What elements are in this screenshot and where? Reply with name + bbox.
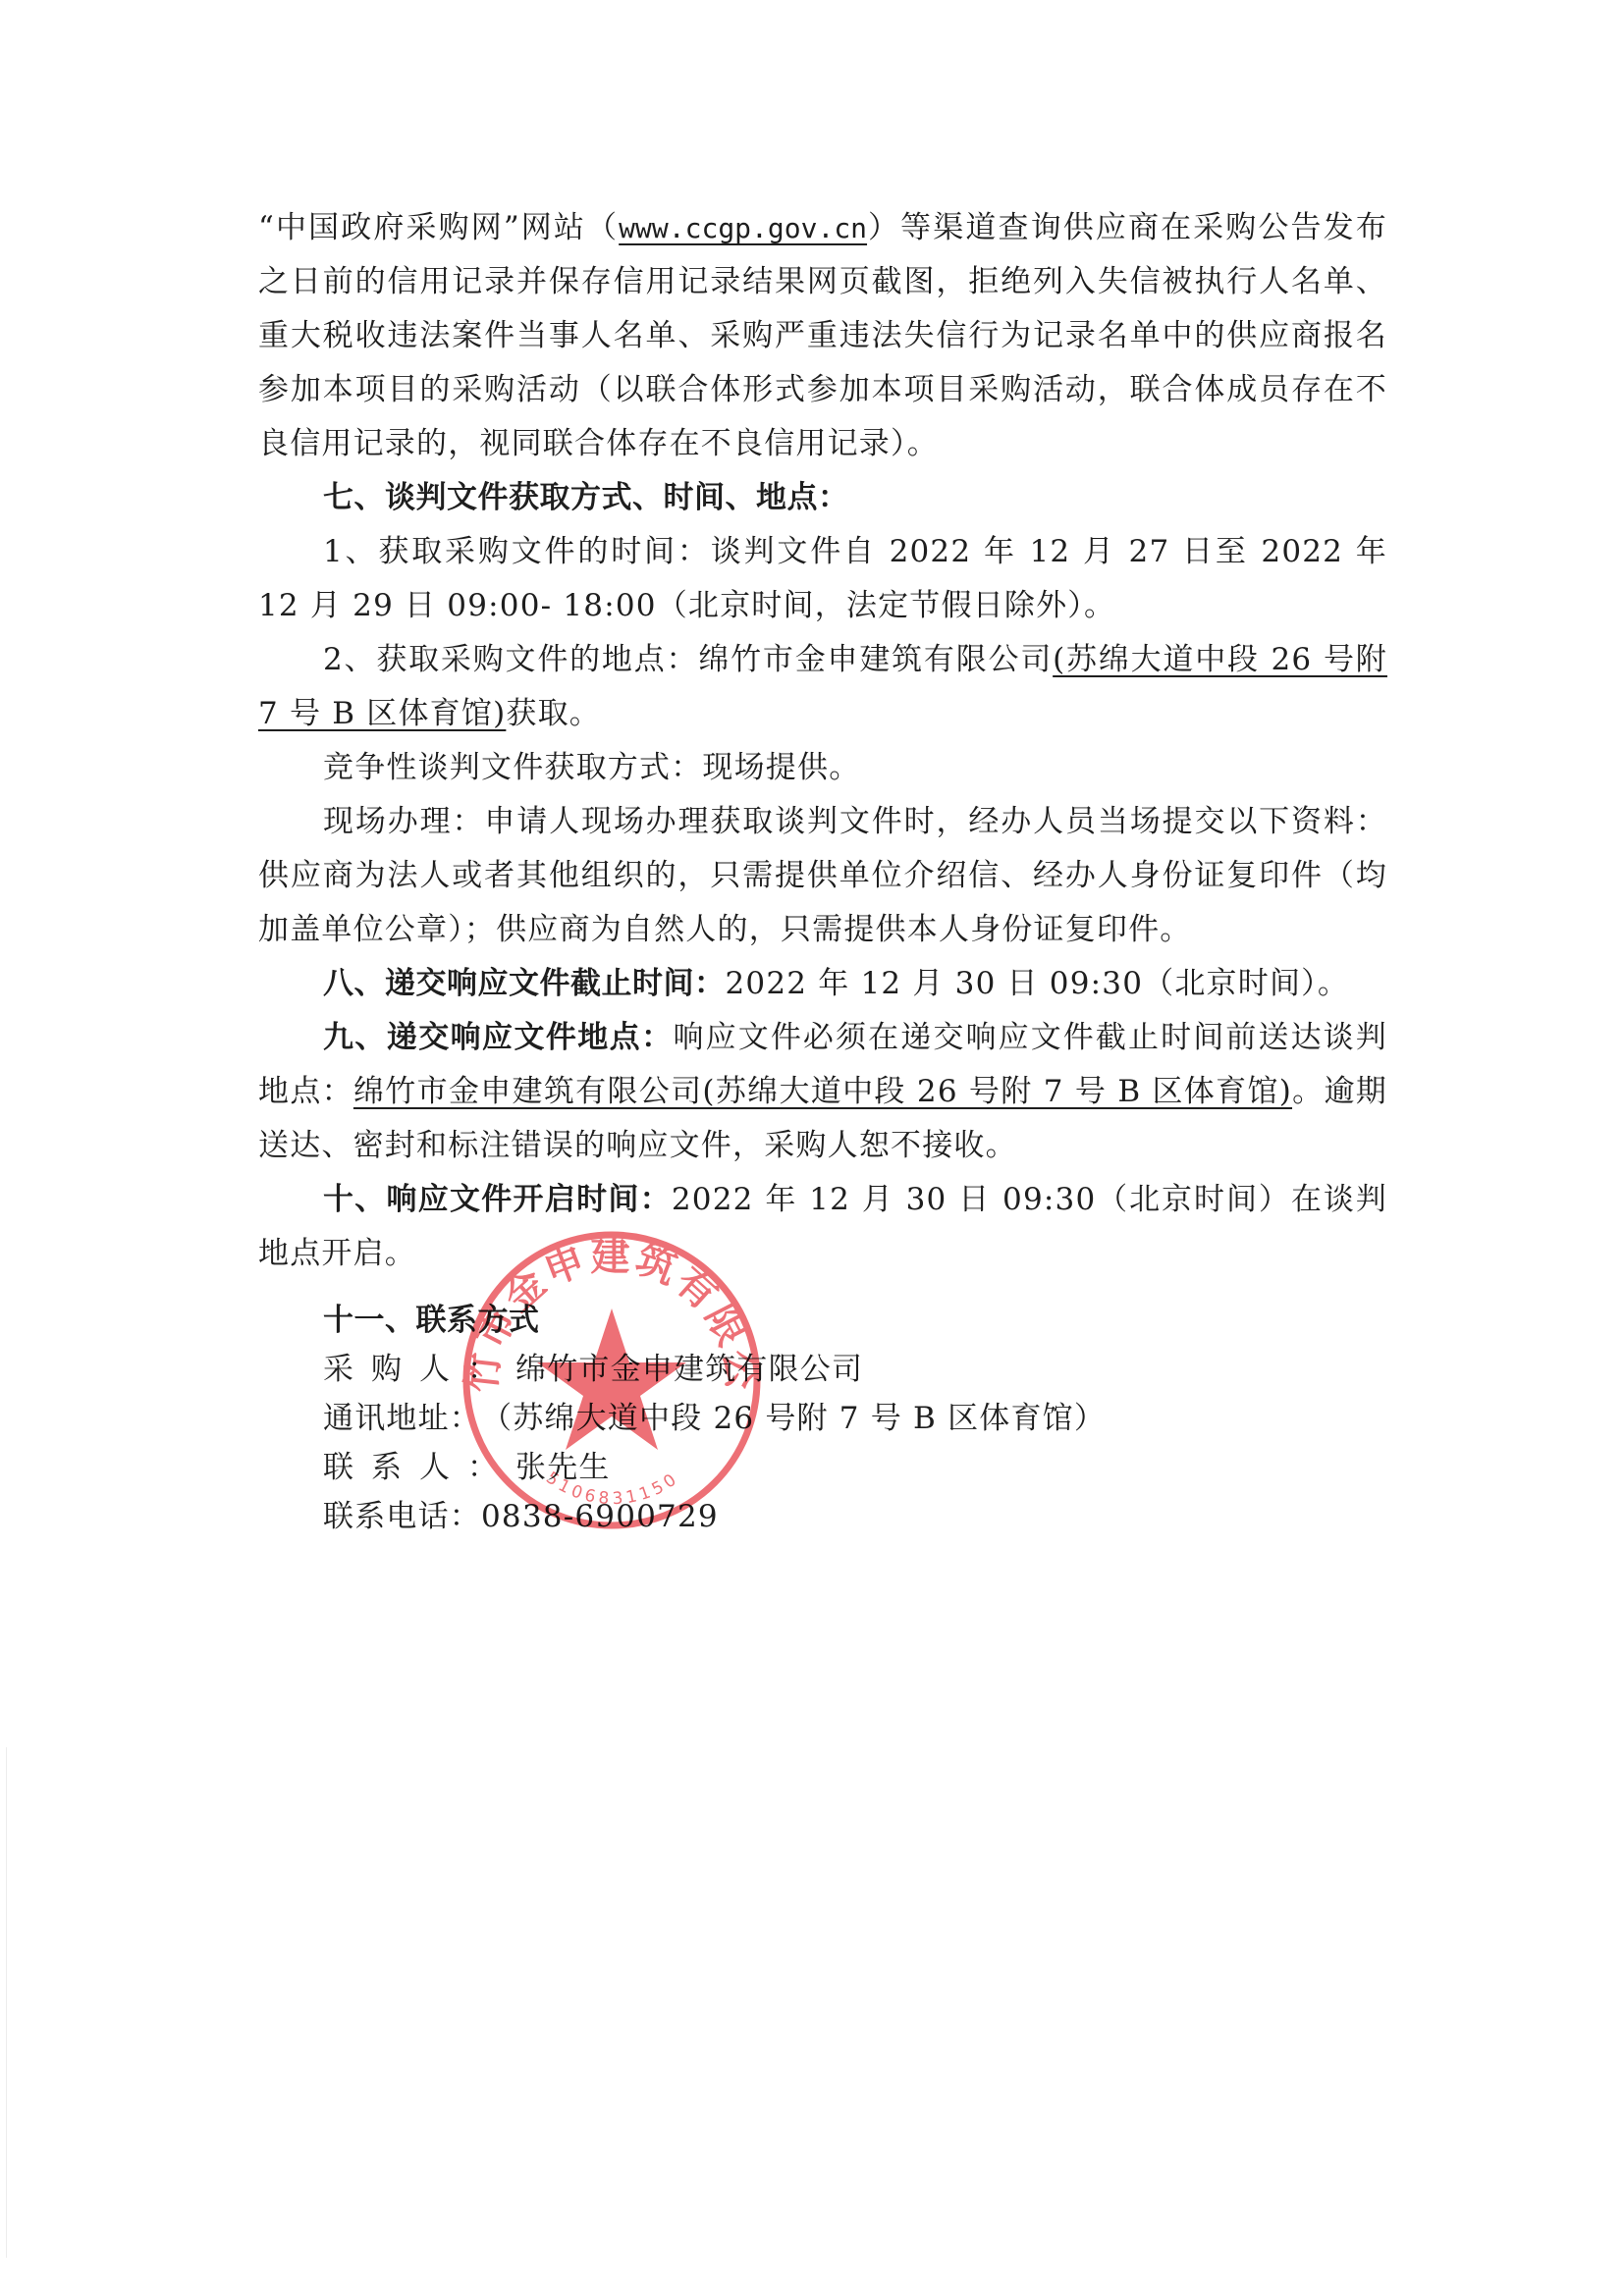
document-page: “中国政府采购网”网站（www.ccgp.gov.cn）等渠道查询供应商在采购公… bbox=[0, 0, 1624, 2296]
phone-label: 联系电话： bbox=[323, 1492, 481, 1541]
section8-heading: 八、递交响应文件截止时间： bbox=[323, 966, 726, 1001]
contact-person-value: 张先生 bbox=[515, 1450, 611, 1485]
scan-edge-artifact bbox=[6, 1747, 7, 2258]
section7-onsite: 现场办理：申请人现场办理获取谈判文件时，经办人员当场提交以下资料：供应商为法人或… bbox=[258, 795, 1387, 957]
section9-heading: 九、递交响应文件地点： bbox=[323, 1020, 674, 1055]
contact-purchaser-row: 采购人：绵竹市金申建筑有限公司 bbox=[323, 1345, 1106, 1394]
section8: 八、递交响应文件截止时间：2022 年 12 月 30 日 09:30（北京时间… bbox=[258, 957, 1387, 1011]
address-label: 通讯地址： bbox=[323, 1394, 481, 1443]
section8-text: 2022 年 12 月 30 日 09:30（北京时间）。 bbox=[726, 966, 1350, 1001]
section7-heading: 七、谈判文件获取方式、时间、地点： bbox=[258, 471, 1387, 525]
section7-item2-end: 获取。 bbox=[506, 696, 601, 731]
section7-item2: 2、获取采购文件的地点：绵竹市金申建筑有限公司(苏绵大道中段 26 号附 7 号… bbox=[258, 633, 1387, 741]
contact-phone-row: 联系电话：0838-6900729 bbox=[323, 1492, 1106, 1541]
section7-method: 竞争性谈判文件获取方式：现场提供。 bbox=[258, 741, 1387, 795]
section10: 十、响应文件开启时间：2022 年 12 月 30 日 09:30（北京时间）在… bbox=[258, 1173, 1387, 1281]
section7-item1: 1、获取采购文件的时间：谈判文件自 2022 年 12 月 27 日至 2022… bbox=[258, 525, 1387, 633]
document-body: “中国政府采购网”网站（www.ccgp.gov.cn）等渠道查询供应商在采购公… bbox=[258, 201, 1387, 1281]
purchaser-label: 采购人： bbox=[323, 1345, 515, 1394]
ccgp-link[interactable]: www.ccgp.gov.cn bbox=[619, 212, 867, 244]
section7-item2-text: 2、获取采购文件的地点：绵竹市金申建筑有限公司 bbox=[323, 642, 1053, 677]
phone-value: 0838-6900729 bbox=[481, 1499, 719, 1534]
address-value: （苏绵大道中段 26 号附 7 号 B 区体育馆） bbox=[481, 1401, 1106, 1436]
intro-text-end: ）等渠道查询供应商在采购公告发布之日前的信用记录并保存信用记录结果网页截图，拒绝… bbox=[258, 210, 1387, 461]
section11-heading: 十一、联系方式 bbox=[323, 1296, 1106, 1345]
section9: 九、递交响应文件地点：响应文件必须在递交响应文件截止时间前送达谈判地点：绵竹市金… bbox=[258, 1011, 1387, 1173]
intro-text-start: “中国政府采购网”网站（ bbox=[258, 210, 619, 245]
contact-section: 十一、联系方式 采购人：绵竹市金申建筑有限公司 通讯地址：（苏绵大道中段 26 … bbox=[323, 1296, 1106, 1541]
section9-address: 绵竹市金申建筑有限公司(苏绵大道中段 26 号附 7 号 B 区体育馆) bbox=[353, 1074, 1292, 1109]
contact-address-row: 通讯地址：（苏绵大道中段 26 号附 7 号 B 区体育馆） bbox=[323, 1394, 1106, 1443]
contact-person-label: 联系人： bbox=[323, 1443, 515, 1492]
intro-paragraph: “中国政府采购网”网站（www.ccgp.gov.cn）等渠道查询供应商在采购公… bbox=[258, 201, 1387, 471]
contact-person-row: 联系人：张先生 bbox=[323, 1443, 1106, 1492]
purchaser-value: 绵竹市金申建筑有限公司 bbox=[515, 1352, 863, 1387]
section10-heading: 十、响应文件开启时间： bbox=[323, 1182, 672, 1217]
